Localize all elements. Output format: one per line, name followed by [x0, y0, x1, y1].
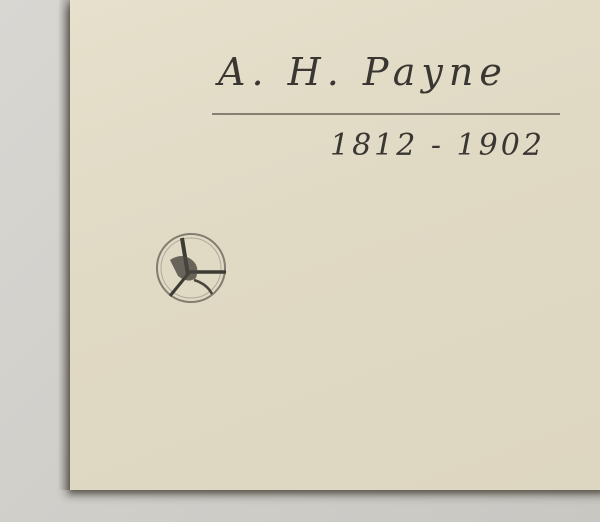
collector-stamp-icon — [152, 230, 230, 306]
handwritten-dates: 1812 - 1902 — [330, 128, 545, 163]
underline-rule — [212, 113, 560, 115]
handwritten-name: A. H. Payne — [218, 50, 508, 94]
